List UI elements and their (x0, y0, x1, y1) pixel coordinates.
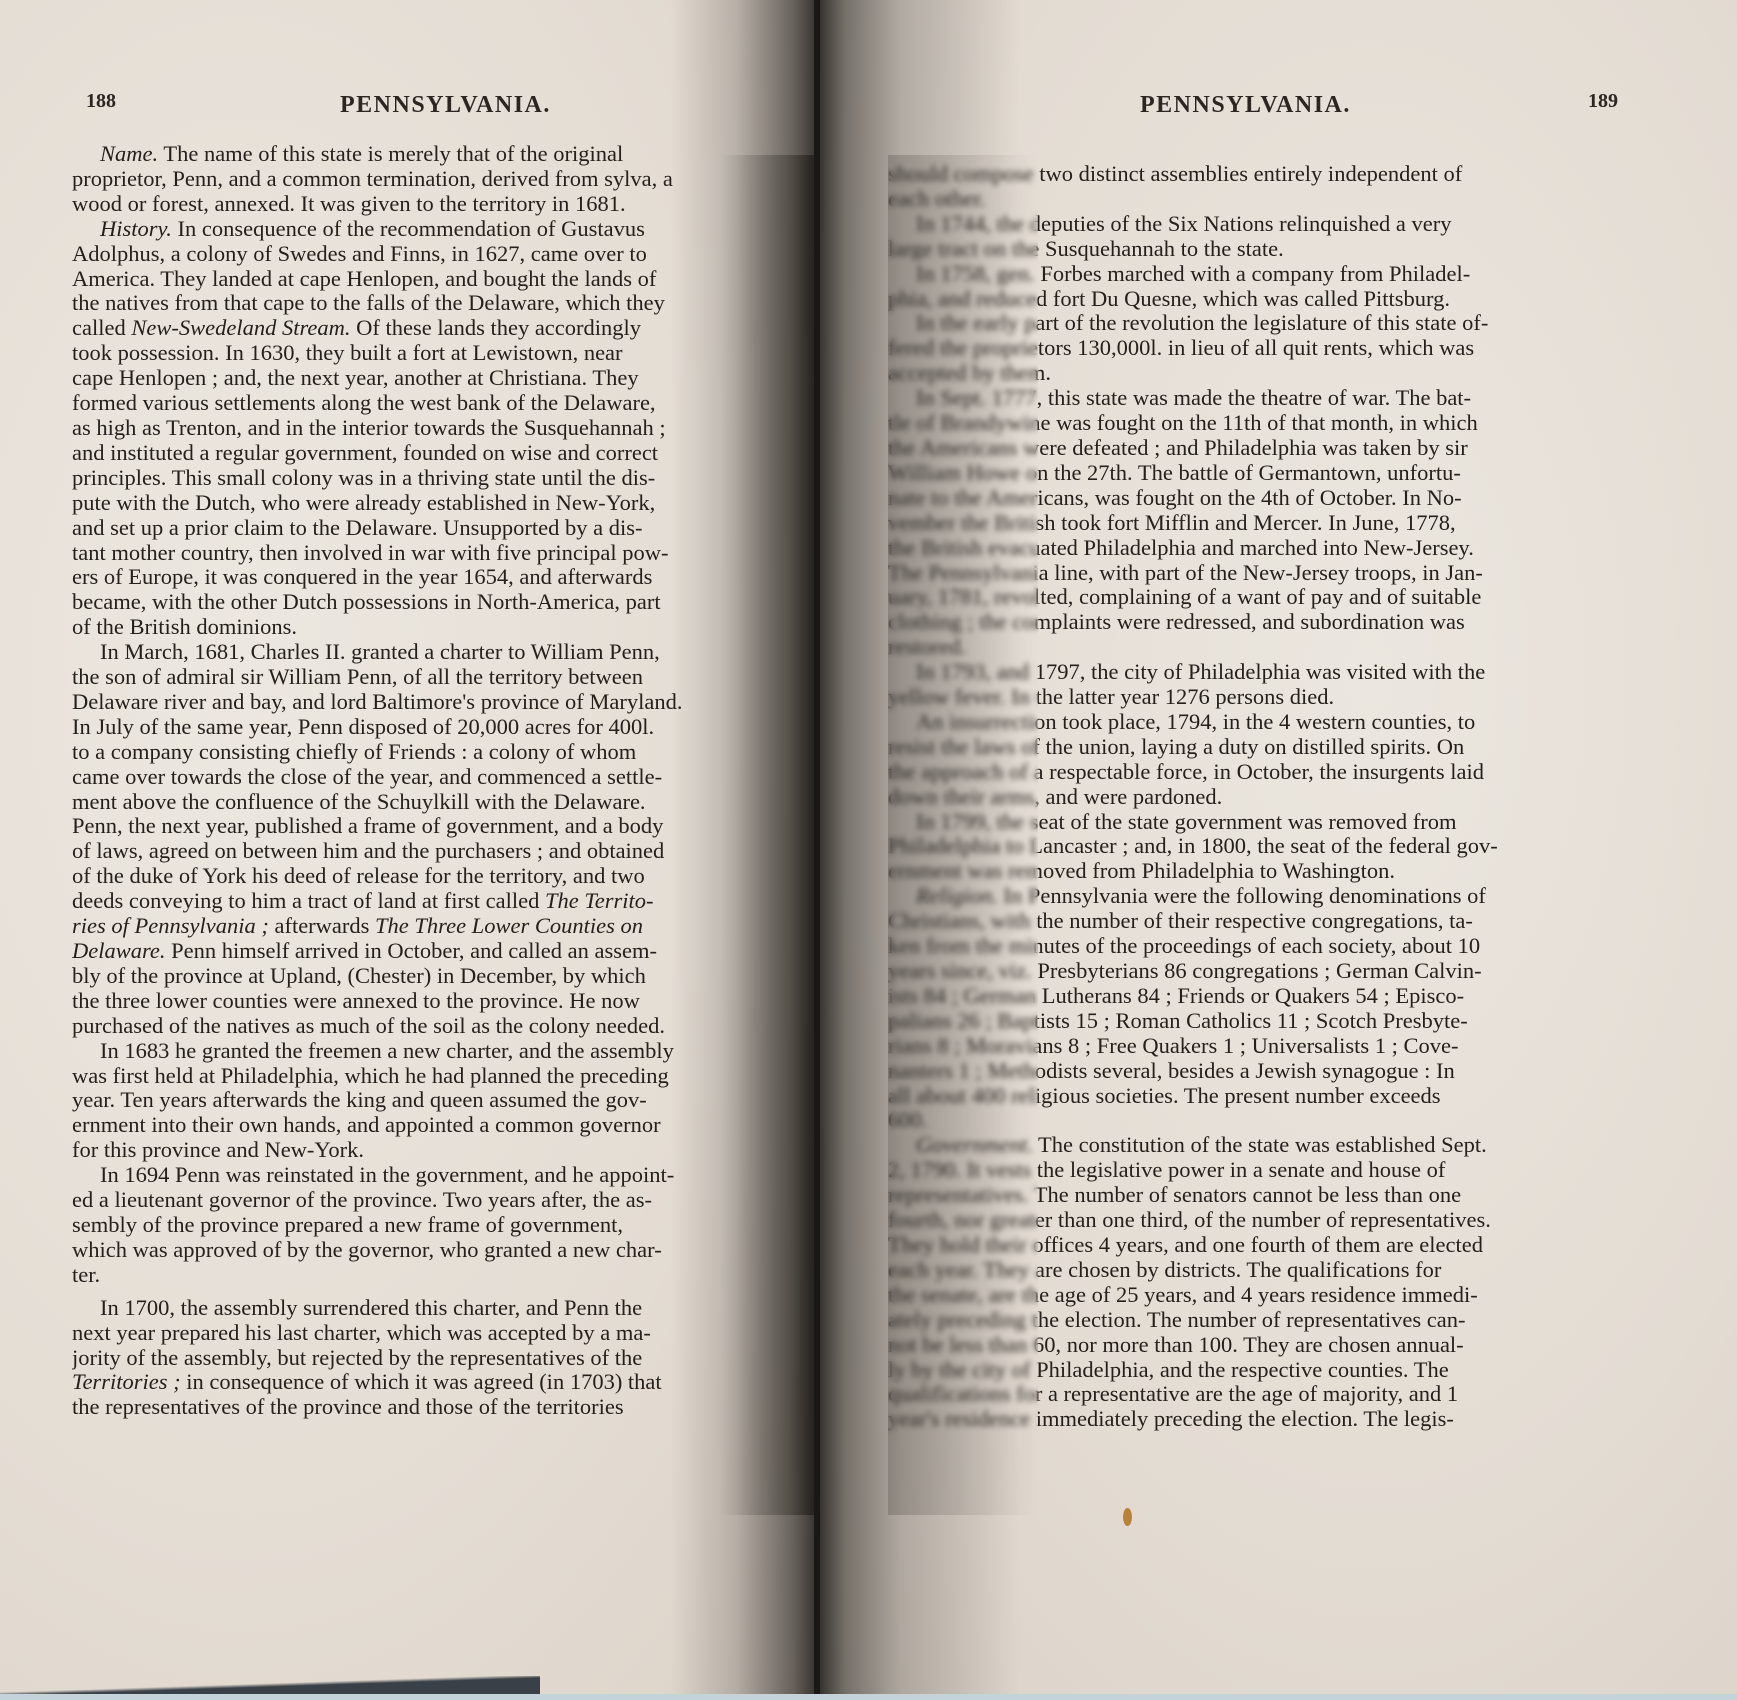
text-line: ed a lieutenant governor of the province… (72, 1188, 818, 1213)
text-line: took possession. In 1630, they built a f… (72, 341, 818, 366)
text-line: and instituted a regular government, fou… (72, 441, 818, 466)
text-line: In 1694 Penn was reinstated in the gover… (72, 1163, 818, 1188)
text-line: In 1700, the assembly surrendered this c… (72, 1296, 818, 1321)
text-line: to a company consisting chiefly of Frien… (72, 740, 818, 765)
text-line: for this province and New-York. (72, 1138, 818, 1163)
text-line: purchased of the natives as much of the … (72, 1014, 818, 1039)
text-line: In March, 1681, Charles II. granted a ch… (72, 640, 818, 665)
text-line: of the British dominions. (72, 615, 818, 640)
text-line: next year prepared his last charter, whi… (72, 1321, 818, 1346)
text-line: bly of the province at Upland, (Chester)… (72, 964, 818, 989)
text-line: of the duke of York his deed of release … (72, 864, 818, 889)
text-line: pute with the Dutch, who were already es… (72, 491, 818, 516)
text-line: deeds conveying to him a tract of land a… (72, 889, 818, 914)
text-line: and set up a prior claim to the Delaware… (72, 516, 818, 541)
text-line: ment above the confluence of the Schuylk… (72, 790, 818, 815)
text-line: wood or forest, annexed. It was given to… (72, 192, 818, 217)
text-line: Name. The name of this state is merely t… (72, 142, 818, 167)
text-line: In July of the same year, Penn disposed … (72, 715, 818, 740)
page-number-left: 188 (86, 90, 116, 113)
left-page: 188 PENNSYLVANIA. Name. The name of this… (0, 0, 818, 1694)
text-line: became, with the other Dutch possessions… (72, 590, 818, 615)
text-line: Delaware. Penn himself arrived in Octobe… (72, 939, 818, 964)
book-gutter (814, 0, 820, 1694)
text-line: Territories ; in consequence of which it… (72, 1370, 818, 1395)
running-head-left: PENNSYLVANIA. (340, 92, 551, 119)
text-line: called New-Swedeland Stream. Of these la… (72, 316, 818, 341)
text-line: the natives from that cape to the falls … (72, 291, 818, 316)
text-line: of laws, agreed on between him and the p… (72, 839, 818, 864)
text-line: was first held at Philadelphia, which he… (72, 1064, 818, 1089)
text-line: jority of the assembly, but rejected by … (72, 1346, 818, 1371)
text-line: came over towards the close of the year,… (72, 765, 818, 790)
gutter-shadow-left (720, 155, 818, 1515)
section-heading: Name. (100, 142, 158, 166)
scanner-edge (0, 1694, 1737, 1700)
paper-stain (1123, 1508, 1132, 1526)
text-line: ries of Pennsylvania ; afterwards The Th… (72, 914, 818, 939)
text-line: History. In consequence of the recommend… (72, 217, 818, 242)
left-page-text: Name. The name of this state is merely t… (72, 142, 818, 1420)
text-line: which was approved of by the governor, w… (72, 1238, 818, 1263)
text-line: America. They landed at cape Henlopen, a… (72, 267, 818, 292)
text-line: year. Ten years afterwards the king and … (72, 1088, 818, 1113)
text-line: In 1683 he granted the freemen a new cha… (72, 1039, 818, 1064)
text-line: principles. This small colony was in a t… (72, 466, 818, 491)
text-line: tant mother country, then involved in wa… (72, 541, 818, 566)
text-line: cape Henlopen ; and, the next year, anot… (72, 366, 818, 391)
text-line: ter. (72, 1263, 818, 1288)
gutter-blur-right (888, 155, 1038, 1515)
text-line: proprietor, Penn, and a common terminati… (72, 167, 818, 192)
page-number-right: 189 (1588, 90, 1618, 113)
text-line: as high as Trenton, and in the interior … (72, 416, 818, 441)
text-line: Penn, the next year, published a frame o… (72, 814, 818, 839)
text-line: ers of Europe, it was conquered in the y… (72, 565, 818, 590)
text-line: sembly of the province prepared a new fr… (72, 1213, 818, 1238)
text-line: the son of admiral sir William Penn, of … (72, 665, 818, 690)
book-spread: 188 PENNSYLVANIA. Name. The name of this… (0, 0, 1737, 1694)
text-line: the representatives of the province and … (72, 1395, 818, 1420)
right-page: PENNSYLVANIA. 189 should compose two dis… (818, 0, 1737, 1694)
running-head-right: PENNSYLVANIA. (1140, 92, 1351, 119)
page-corner-shadow (0, 1676, 540, 1694)
text-line: formed various settlements along the wes… (72, 391, 818, 416)
text-line: Adolphus, a colony of Swedes and Finns, … (72, 242, 818, 267)
text-line: ernment into their own hands, and appoin… (72, 1113, 818, 1138)
text-line: Delaware river and bay, and lord Baltimo… (72, 690, 818, 715)
text-line: the three lower counties were annexed to… (72, 989, 818, 1014)
section-heading: History. (100, 217, 172, 241)
